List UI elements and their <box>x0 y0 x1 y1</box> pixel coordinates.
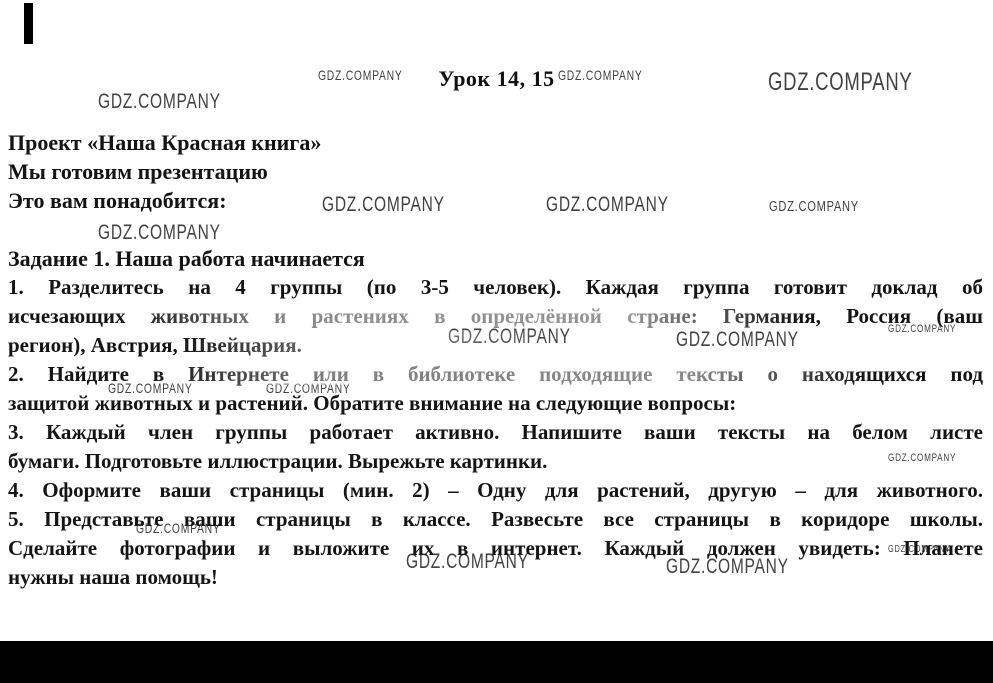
scan-black-corner-mark <box>24 3 33 44</box>
heading-project-title: Проект «Наша Красная книга» <box>8 128 983 157</box>
step2-line1: 2. Найдите в Интернете или в библиотеке … <box>8 360 983 389</box>
spacer-line <box>8 215 983 244</box>
heading-project-subtitle: Мы готовим презентацию <box>8 157 983 186</box>
scan-black-edge-bottom <box>0 641 993 683</box>
step2-line2: защитой животных и растений. Обратите вн… <box>8 389 983 418</box>
lesson-title: Урок 14, 15 <box>0 66 993 92</box>
scanned-document-page: GDZ.COMPANY GDZ.COMPANY GDZ.COMPANY GDZ.… <box>0 0 993 683</box>
watermark: GDZ.COMPANY <box>98 91 221 112</box>
heading-you-will-need: Это вам понадобится: <box>8 186 983 215</box>
step1-line1: 1. Разделитесь на 4 группы (по 3-5 челов… <box>8 273 983 302</box>
document-body: Проект «Наша Красная книга» Мы готовим п… <box>8 128 983 592</box>
step5-line1: 5. Представьте ваши страницы в классе. Р… <box>8 505 983 534</box>
heading-task1: Задание 1. Наша работа начинается <box>8 244 983 273</box>
step5-line2: Сделайте фотографии и выложите их в инте… <box>8 534 983 563</box>
step5-line3: нужны наша помощь! <box>8 563 983 592</box>
step1-line2: исчезающих животных и растениях в опреде… <box>8 302 983 331</box>
step1-line3: регион), Австрия, Швейцария. <box>8 331 983 360</box>
step3-line1: 3. Каждый член группы работает активно. … <box>8 418 983 447</box>
step4-line1: 4. Оформите ваши страницы (мин. 2) – Одн… <box>8 476 983 505</box>
step3-line2: бумаги. Подготовьте иллюстрации. Вырежьт… <box>8 447 983 476</box>
